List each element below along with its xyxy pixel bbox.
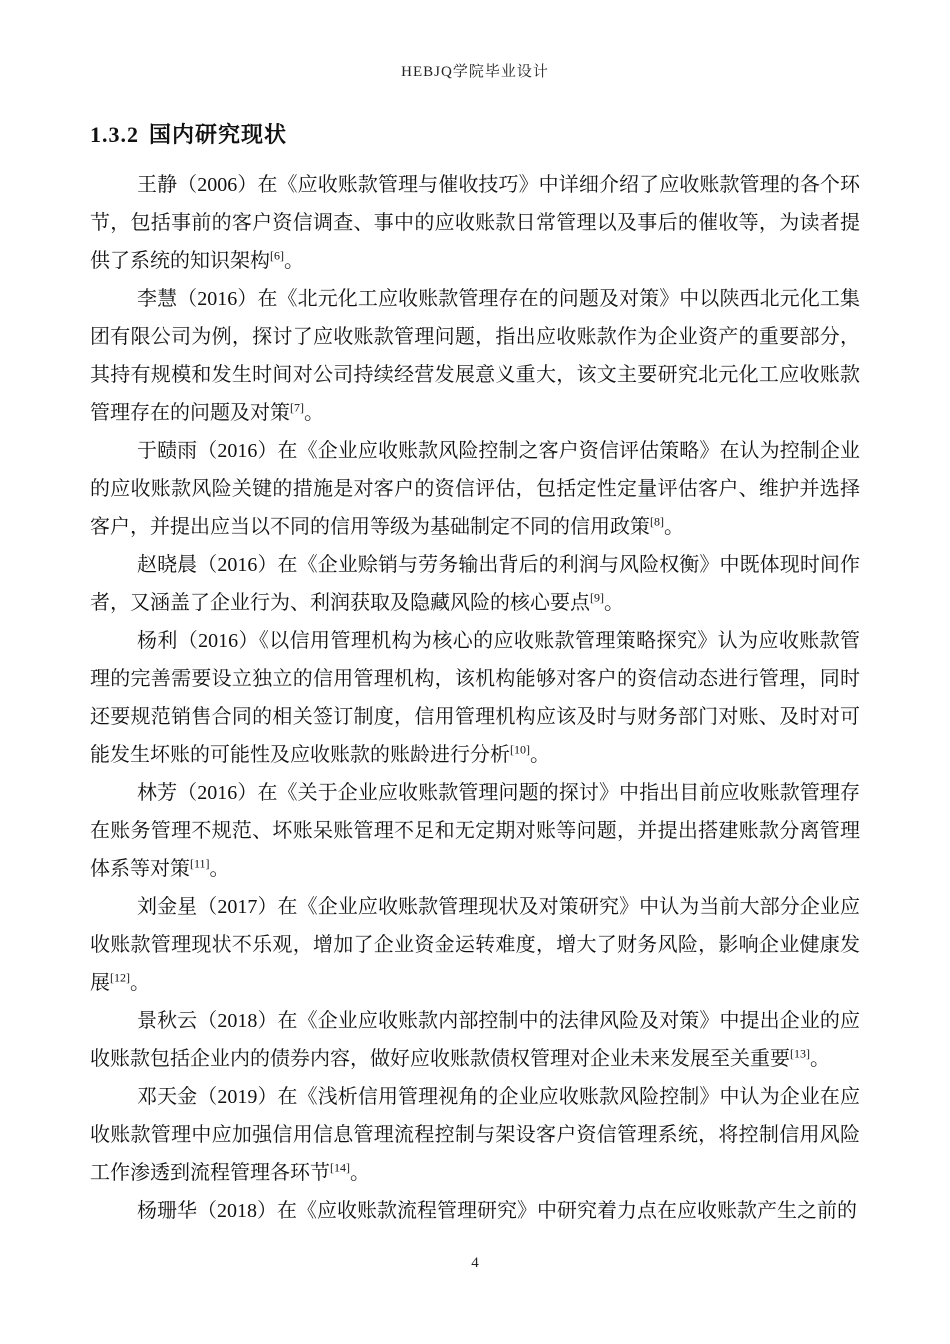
section-heading: 1.3.2国内研究现状 (90, 118, 860, 152)
citation-ref-7: [7] (290, 400, 304, 414)
paragraph-text: 邓天金（2019）在《浅析信用管理视角的企业应收账款风险控制》中认为企业在应收账… (90, 1086, 860, 1184)
paragraph-text: 王静（2006）在《应收账款管理与催收技巧》中详细介绍了应收账款管理的各个环节，… (90, 174, 860, 272)
citation-ref-10: [10] (510, 742, 530, 756)
citation-ref-12: [12] (110, 970, 130, 984)
paragraph-yangshanhua: 杨珊华（2018）在《应收账款流程管理研究》中研究着力点在应收账款产生之前的 (90, 1192, 860, 1230)
paragraph-zhaoxiaochen: 赵晓晨（2016）在《企业赊销与劳务输出背后的利润与风险权衡》中既体现时间作者，… (90, 546, 860, 622)
page-content: 1.3.2国内研究现状 王静（2006）在《应收账款管理与催收技巧》中详细介绍了… (90, 118, 860, 1230)
paragraph-text: 李慧（2016）在《北元化工应收账款管理存在的问题及对策》中以陕西北元化工集团有… (90, 288, 860, 424)
paragraph-tail: 。 (130, 972, 150, 994)
paragraph-tail: 。 (284, 250, 304, 272)
paragraph-text: 刘金星（2017）在《企业应收账款管理现状及对策研究》中认为当前大部分企业应收账… (90, 896, 860, 994)
paragraph-text: 于赜雨（2016）在《企业应收账款风险控制之客户资信评估策略》在认为控制企业的应… (90, 440, 860, 538)
paragraph-text: 赵晓晨（2016）在《企业赊销与劳务输出背后的利润与风险权衡》中既体现时间作者，… (90, 554, 860, 614)
page-number: 4 (0, 1255, 950, 1272)
paragraph-jingqiuyun: 景秋云（2018）在《企业应收账款内部控制中的法律风险及对策》中提出企业的应收账… (90, 1002, 860, 1078)
paragraph-text: 杨利（2016）《以信用管理机构为核心的应收账款管理策略探究》认为应收账款管理的… (90, 630, 860, 766)
citation-ref-14: [14] (330, 1160, 350, 1174)
paragraph-tail: 。 (810, 1048, 830, 1070)
citation-ref-8: [8] (650, 514, 664, 528)
paragraph-tail: 。 (604, 592, 624, 614)
paragraph-wangjing: 王静（2006）在《应收账款管理与催收技巧》中详细介绍了应收账款管理的各个环节，… (90, 166, 860, 280)
paragraph-tail: 。 (304, 402, 324, 424)
paragraph-text: 景秋云（2018）在《企业应收账款内部控制中的法律风险及对策》中提出企业的应收账… (90, 1010, 860, 1070)
citation-ref-6: [6] (270, 248, 284, 262)
paragraph-linfang: 林芳（2016）在《关于企业应收账款管理问题的探讨》中指出目前应收账款管理存在账… (90, 774, 860, 888)
paragraph-tail: 。 (530, 744, 550, 766)
section-number: 1.3.2 (90, 122, 139, 147)
paragraph-liujinxing: 刘金星（2017）在《企业应收账款管理现状及对策研究》中认为当前大部分企业应收账… (90, 888, 860, 1002)
section-title: 国内研究现状 (149, 122, 287, 147)
paragraph-lihui: 李慧（2016）在《北元化工应收账款管理存在的问题及对策》中以陕西北元化工集团有… (90, 280, 860, 432)
citation-ref-13: [13] (790, 1046, 810, 1060)
paragraph-yuzeyu: 于赜雨（2016）在《企业应收账款风险控制之客户资信评估策略》在认为控制企业的应… (90, 432, 860, 546)
paragraph-dengtianjin: 邓天金（2019）在《浅析信用管理视角的企业应收账款风险控制》中认为企业在应收账… (90, 1078, 860, 1192)
paragraph-tail: 。 (664, 516, 684, 538)
paragraph-tail: 。 (210, 858, 230, 880)
citation-ref-11: [11] (190, 856, 210, 870)
running-header: HEBJQ学院毕业设计 (0, 60, 950, 81)
document-page: HEBJQ学院毕业设计 1.3.2国内研究现状 王静（2006）在《应收账款管理… (0, 0, 950, 1344)
paragraph-text: 杨珊华（2018）在《应收账款流程管理研究》中研究着力点在应收账款产生之前的 (137, 1200, 857, 1222)
paragraph-tail: 。 (350, 1162, 370, 1184)
paragraph-yangli: 杨利（2016）《以信用管理机构为核心的应收账款管理策略探究》认为应收账款管理的… (90, 622, 860, 774)
citation-ref-9: [9] (590, 590, 604, 604)
